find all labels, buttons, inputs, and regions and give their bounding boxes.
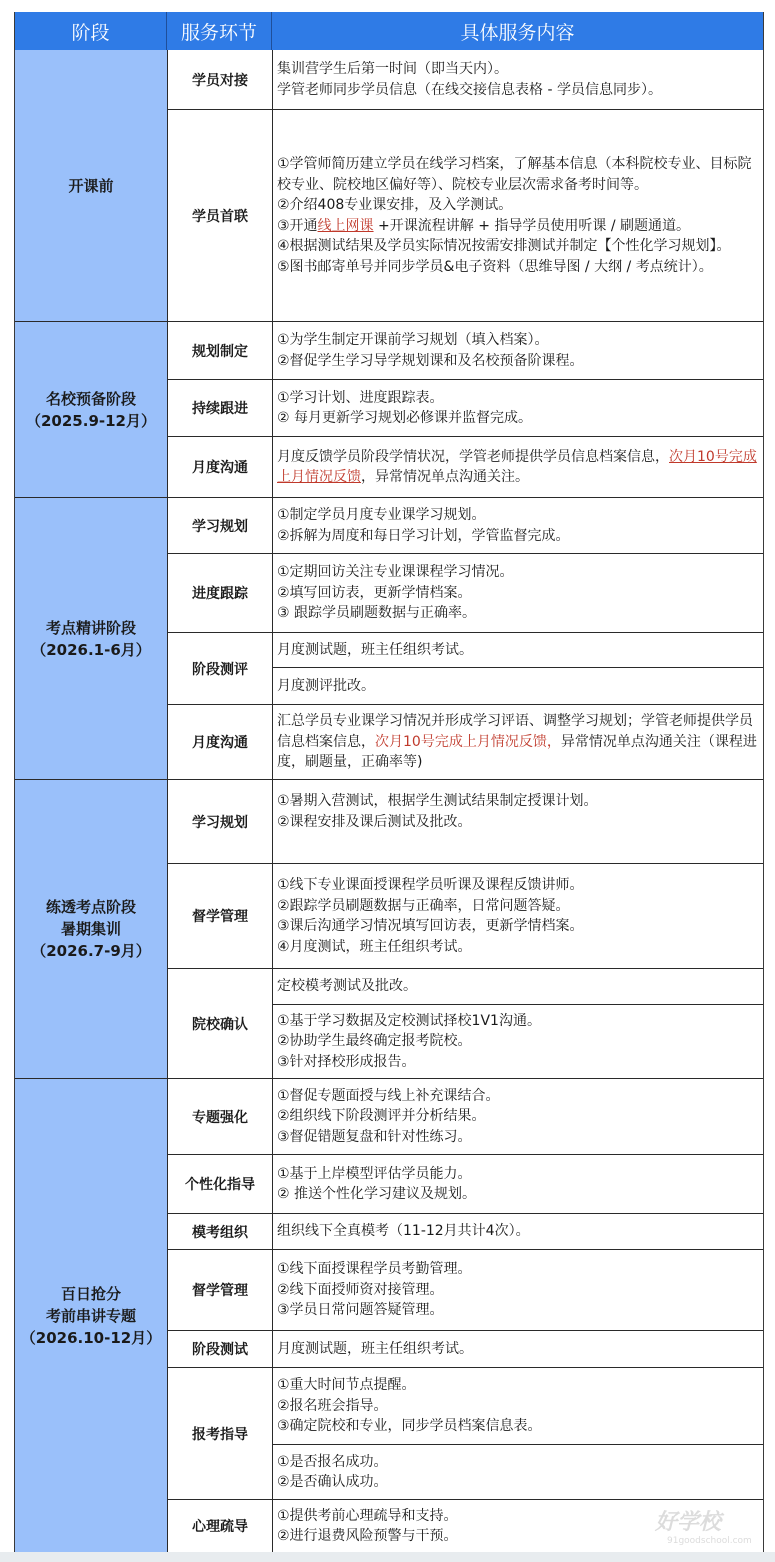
highlight-text: 次月10号完成上月情况反馈， (375, 734, 561, 750)
content-cell: ①线下专业课面授课程学员听课及课程反馈讲师。 ②跟踪学员刷题数据与正确率，日常问… (272, 864, 763, 969)
content-line: ②协助学生最终确定报考院校。 (277, 1031, 759, 1052)
content-line: ③开通线上网课 +开课流程讲解 + 指导学员使用听课 / 刷题通道。 (277, 216, 759, 237)
table-header: 阶段 服务环节 具体服务内容 (15, 12, 763, 51)
content-line: ③学员日常问题答疑管理。 (277, 1300, 759, 1321)
content-line: ②线下面授师资对接管理。 (277, 1280, 759, 1301)
content-line: ②跟踪学员刷题数据与正确率，日常问题答疑。 (277, 896, 759, 917)
header-stage: 阶段 (15, 12, 167, 50)
content-cell: ①基于上岸模型评估学员能力。 ② 推送个性化学习建议及规划。 (272, 1155, 763, 1214)
bottom-strip (0, 1552, 775, 1562)
service-item: 月度沟通 (167, 705, 272, 780)
content-cell: ①定期回访关注专业课课程学习情况。 ②填写回访表，更新学情档案。 ③ 跟踪学员刷… (272, 554, 763, 633)
content-cell: ①学管师简历建立学员在线学习档案，了解基本信息（本科院校专业、目标院校专业、院校… (272, 110, 763, 322)
content-line: ①基于学习数据及定校测试择校1V1沟通。 (277, 1011, 759, 1032)
content-line: ①学习计划、进度跟踪表。 (277, 388, 759, 409)
service-item: 进度跟踪 (167, 554, 272, 633)
content-cell: ①线下面授课程学员考勤管理。 ②线下面授师资对接管理。 ③学员日常问题答疑管理。 (272, 1250, 763, 1331)
content-line: 月度测试题，班主任组织考试。 (277, 1339, 759, 1360)
content-cell: ①学习计划、进度跟踪表。 ② 每月更新学习规划必修课并监督完成。 (272, 380, 763, 437)
content-line: ②督促学生学习导学规划课和及名校预备阶课程。 (277, 351, 759, 372)
content-line: ②组织线下阶段测评并分析结果。 (277, 1106, 759, 1127)
service-table: 阶段 服务环节 具体服务内容 开课前 名校预备阶段 （2025.9-12月） 考… (14, 12, 764, 1552)
content-line: ①制定学员月度专业课学习规划。 (277, 505, 759, 526)
service-item: 院校确认 (167, 969, 272, 1079)
stage-cell: 百日抢分 考前串讲专题 （2026.10-12月） (15, 1079, 167, 1552)
content-cell: ①为学生制定开课前学习规划（填入档案）。 ②督促学生学习导学规划课和及名校预备阶… (272, 322, 763, 380)
service-item: 心理疏导 (167, 1500, 272, 1552)
stage-name: 开课前 (68, 175, 113, 197)
stage-cell: 开课前 (15, 50, 167, 322)
stage-period: （2026.1-6月） (31, 639, 151, 661)
content-line: ②是否确认成功。 (277, 1472, 759, 1493)
content-line: 汇总学员专业课学习情况并形成学习评语、调整学习规划；学管老师提供学员信息档案信息… (277, 711, 759, 773)
text: ，异常情况单点沟通关注。 (361, 469, 529, 485)
stage-name-2: 暑期集训 (61, 918, 121, 940)
content-line: ②介绍408专业课安排，及入学测试。 (277, 195, 759, 216)
content-line: 定校模考测试及批改。 (277, 976, 759, 997)
watermark-url: 91goodschool.com (667, 1536, 752, 1546)
service-item: 个性化指导 (167, 1155, 272, 1214)
stage-cell: 考点精讲阶段 （2026.1-6月） (15, 498, 167, 780)
content-cell: 汇总学员专业课学习情况并形成学习评语、调整学习规划；学管老师提供学员信息档案信息… (272, 705, 763, 780)
content-line: ② 每月更新学习规划必修课并监督完成。 (277, 408, 759, 429)
content-line: ②拆解为周度和每日学习计划，学管监督完成。 (277, 526, 759, 547)
stage-name: 名校预备阶段 (46, 388, 136, 410)
content-line: ③课后沟通学习情况填写回访表，更新学情档案。 (277, 916, 759, 937)
content-line: 月度测评批改。 (277, 676, 759, 697)
content-line: ④根据测试结果及学员实际情况按需安排测试并制定【个性化学习规划】。 (277, 236, 759, 257)
highlight-link[interactable]: 线上网课 (318, 218, 374, 234)
content-line: ①是否报名成功。 (277, 1452, 759, 1473)
content-line: ③确定院校和专业，同步学员档案信息表。 (277, 1416, 759, 1437)
service-item: 学习规划 (167, 498, 272, 554)
content-line: ②报名班会指导。 (277, 1396, 759, 1417)
spacer (277, 832, 759, 852)
content-line: ③针对择校形成报告。 (277, 1052, 759, 1073)
content-line: 月度反馈学员阶段学情状况，学管老师提供学员信息档案信息，次月10号完成上月情况反… (277, 447, 759, 488)
content-line: ② 推送个性化学习建议及规划。 (277, 1184, 759, 1205)
content-line: ③督促错题复盘和针对性练习。 (277, 1127, 759, 1148)
content-cell: 月度测评批改。 (272, 668, 763, 705)
content-line: ①督促专题面授与线上补充课结合。 (277, 1086, 759, 1107)
content-cell: ①是否报名成功。 ②是否确认成功。 (272, 1445, 763, 1500)
stage-name: 考点精讲阶段 (46, 617, 136, 639)
service-item: 学员首联 (167, 110, 272, 322)
content-line: ①线下专业课面授课程学员听课及课程反馈讲师。 (277, 875, 759, 896)
service-item: 模考组织 (167, 1214, 272, 1250)
service-item: 学习规划 (167, 780, 272, 864)
stage-period: （2026.7-9月） (31, 940, 151, 962)
content-line: ①线下面授课程学员考勤管理。 (277, 1259, 759, 1280)
service-item: 报考指导 (167, 1368, 272, 1500)
content-line: ④月度测试，班主任组织考试。 (277, 937, 759, 958)
text: ③开通 (277, 218, 318, 234)
content-cell: 集训营学生后第一时间（即当天内）。 学管老师同步学员信息（在线交接信息表格 - … (272, 50, 763, 110)
service-item: 月度沟通 (167, 437, 272, 498)
watermark-logo: 好学校 91goodschool.com (655, 1505, 752, 1546)
service-item: 持续跟进 (167, 380, 272, 437)
header-service: 服务环节 (167, 12, 272, 50)
content-cell: ①督促专题面授与线上补充课结合。 ②组织线下阶段测评并分析结果。 ③督促错题复盘… (272, 1079, 763, 1155)
service-item: 专题强化 (167, 1079, 272, 1155)
header-content: 具体服务内容 (272, 12, 763, 50)
content-line: ⑤图书邮寄单号并同步学员&电子资料（思维导图 / 大纲 / 考点统计）。 (277, 257, 759, 278)
content-cell: 月度测试题，班主任组织考试。 (272, 633, 763, 668)
stage-period: （2026.10-12月） (21, 1327, 161, 1349)
stage-name-2: 考前串讲专题 (46, 1305, 136, 1327)
stage-cell: 练透考点阶段 暑期集训 （2026.7-9月） (15, 780, 167, 1079)
content-cell: ①基于学习数据及定校测试择校1V1沟通。 ②协助学生最终确定报考院校。 ③针对择… (272, 1005, 763, 1079)
stage-name: 百日抢分 (61, 1283, 121, 1305)
content-line: 集训营学生后第一时间（即当天内）。 (277, 59, 759, 80)
content-line: ②填写回访表，更新学情档案。 (277, 583, 759, 604)
content-cell: 月度反馈学员阶段学情状况，学管老师提供学员信息档案信息，次月10号完成上月情况反… (272, 437, 763, 498)
content-cell: ①重大时间节点提醒。 ②报名班会指导。 ③确定院校和专业，同步学员档案信息表。 (272, 1368, 763, 1445)
content-line: ②课程安排及课后测试及批改。 (277, 812, 759, 833)
content-cell: ①制定学员月度专业课学习规划。 ②拆解为周度和每日学习计划，学管监督完成。 (272, 498, 763, 554)
content-line: ①重大时间节点提醒。 (277, 1375, 759, 1396)
content-cell: 定校模考测试及批改。 (272, 969, 763, 1005)
content-line: 组织线下全真模考（11-12月共计4次）。 (277, 1221, 759, 1242)
content-cell: 组织线下全真模考（11-12月共计4次）。 (272, 1214, 763, 1250)
content-line: ①基于上岸模型评估学员能力。 (277, 1164, 759, 1185)
content-cell: ①暑期入营测试，根据学生测试结果制定授课计划。 ②课程安排及课后测试及批改。 (272, 780, 763, 864)
stage-name: 练透考点阶段 (46, 896, 136, 918)
service-item: 督学管理 (167, 864, 272, 969)
service-item: 阶段测评 (167, 633, 272, 705)
text: 月度反馈学员阶段学情状况，学管老师提供学员信息档案信息， (277, 449, 669, 465)
content-line: ①为学生制定开课前学习规划（填入档案）。 (277, 330, 759, 351)
content-cell: 月度测试题，班主任组织考试。 (272, 1331, 763, 1368)
stage-period: （2025.9-12月） (26, 410, 156, 432)
content-line: 学管老师同步学员信息（在线交接信息表格 - 学员信息同步）。 (277, 80, 759, 101)
service-item: 学员对接 (167, 50, 272, 110)
text: +开课流程讲解 + 指导学员使用听课 / 刷题通道。 (374, 218, 690, 234)
stage-cell: 名校预备阶段 （2025.9-12月） (15, 322, 167, 498)
content-line: 月度测试题，班主任组织考试。 (277, 640, 759, 661)
content-line: ①暑期入营测试，根据学生测试结果制定授课计划。 (277, 791, 759, 812)
service-item: 阶段测试 (167, 1331, 272, 1368)
content-line: ③ 跟踪学员刷题数据与正确率。 (277, 603, 759, 624)
content-line: ①学管师简历建立学员在线学习档案，了解基本信息（本科院校专业、目标院校专业、院校… (277, 154, 759, 195)
content-line: ①定期回访关注专业课课程学习情况。 (277, 562, 759, 583)
service-item: 督学管理 (167, 1250, 272, 1331)
service-item: 规划制定 (167, 322, 272, 380)
watermark-brand: 好学校 (655, 1510, 721, 1535)
